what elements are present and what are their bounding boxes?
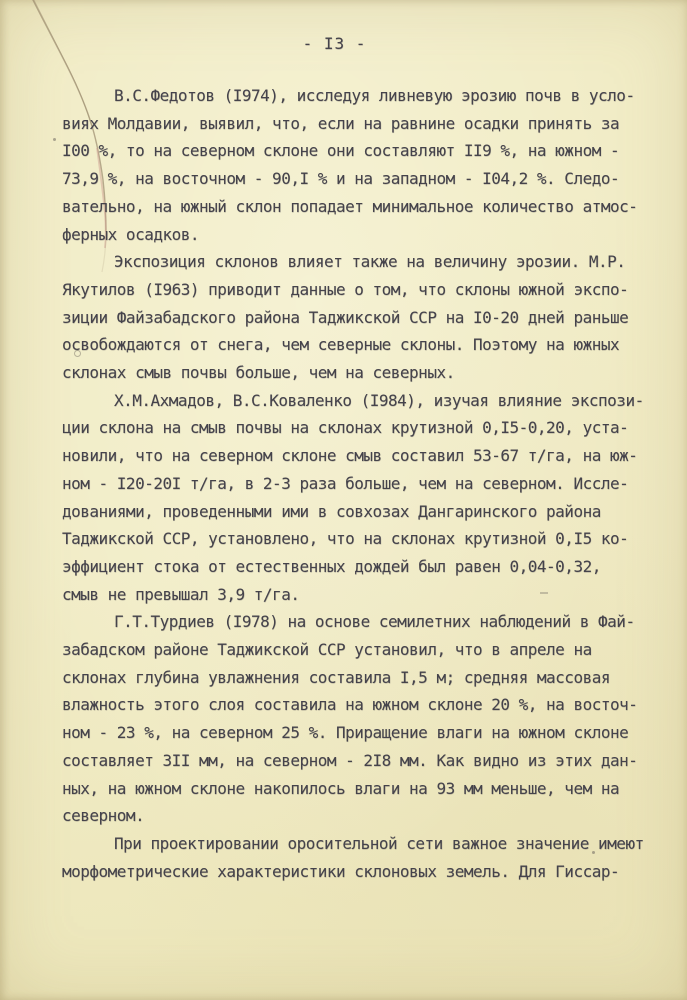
document-body: В.С.Федотов (I974), исследуя ливневую эр… <box>62 82 674 885</box>
paragraph-irrigation-design: При проектировании оросительной сети важ… <box>62 830 674 885</box>
paragraph-yakutilov: Экспозиция склонов влияет также на велич… <box>62 248 674 387</box>
paragraph-fedotov: В.С.Федотов (I974), исследуя ливневую эр… <box>62 82 674 248</box>
page-number: - I3 - <box>0 34 678 53</box>
paper-speckle <box>53 138 56 141</box>
scanned-document-page: - I3 - В.С.Федотов (I974), исследуя ливн… <box>0 0 687 1000</box>
paragraph-akhmadov-kovalenko: Х.М.Ахмадов, В.С.Коваленко (I984), изуча… <box>62 387 674 609</box>
paragraph-turdiev: Г.Т.Турдиев (I978) на основе семилетних … <box>62 608 674 830</box>
